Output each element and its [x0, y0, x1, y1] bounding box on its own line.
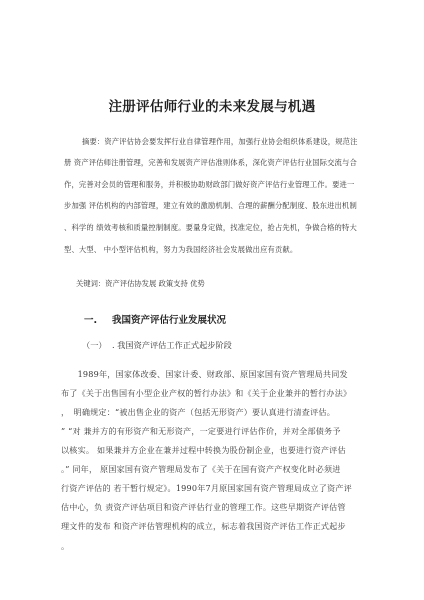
body-line: 。	[61, 541, 371, 552]
keywords: 关键词：资产评估协发展 政策支持 优势	[76, 279, 205, 289]
section-title: 我国资产评估行业发展状况	[112, 315, 226, 326]
abstract-line: 、科学的 绩效考核和质量控制制度。要量身定做，找准定位，抢占先机，争做合格的特大	[64, 223, 364, 233]
body-line: 以核实。 如果兼并方企业在兼并过程中转换为股份制企业，也要进行资产评估	[61, 445, 371, 456]
body-line: 。” 同年， 原国家国有资产管理局发布了《关于在国有资产产权变化时必须进	[61, 464, 371, 475]
abstract-line: 型、大型、 中小型评估机构，努力为我国经济社会发展做出应有贡献。	[64, 245, 364, 255]
abstract-line: 作，完善对会员的管理和服务，并积极协助财政部门做好资产评估行业管理工作。要进一	[64, 180, 364, 190]
subsection-heading: （一）. 我国资产评估工作正式起步阶段	[82, 340, 232, 351]
abstract-line: 步加强 评估机构的内部管理，建立有效的激励机制、合理的薪酬分配制度、股东进出机制	[64, 201, 364, 211]
body-line: 1989年，国家体改委、国家计委、财政部、原国家国有资产管理局共同发	[61, 369, 371, 380]
abstract-line: 册 资产评估师注册管理，完善和发展资产评估准则体系，深化资产评估行业国际交流与合	[64, 158, 364, 168]
body-line: 行资产评估的 若干暂行规定》。1990年7月原国家国有资产管理局成立了资产评	[61, 483, 371, 494]
body-line: ， 明确规定：“被出售企业的资产（包括无形资产）要认真进行清查评估。	[61, 407, 371, 418]
subsection-title: . 我国资产评估工作正式起步阶段	[112, 340, 232, 350]
body-line: 理文件的发布 和资产评估管理机构的成立，标志着我国资产评估工作正式起步	[61, 521, 371, 532]
body-line: 布了《关于出售国有小型企业产权的暂行办法》和《关于企业兼并的暂行办法》	[61, 388, 371, 399]
body-line: ” “对 兼并方的有形资产和无形资产，一定要进行评估作价，并对全部债务予	[61, 426, 371, 437]
document-page: 注册评估师行业的未来发展与机遇 摘要：资产评估协会要发挥行业自律管理作用，加强行…	[0, 0, 424, 600]
body-line: 估中心，负 责资产评估项目和资产评估行业的管理工作。这些早期资产评估管	[61, 502, 371, 513]
document-title: 注册评估师行业的未来发展与机遇	[0, 95, 424, 115]
section-number: 一.	[84, 312, 112, 326]
abstract-line: 摘要：资产评估协会要发挥行业自律管理作用，加强行业协会组织体系建设，规范注	[82, 137, 382, 147]
subsection-number: （一）	[82, 340, 112, 351]
section-heading: 一.我国资产评估行业发展状况	[84, 312, 226, 326]
